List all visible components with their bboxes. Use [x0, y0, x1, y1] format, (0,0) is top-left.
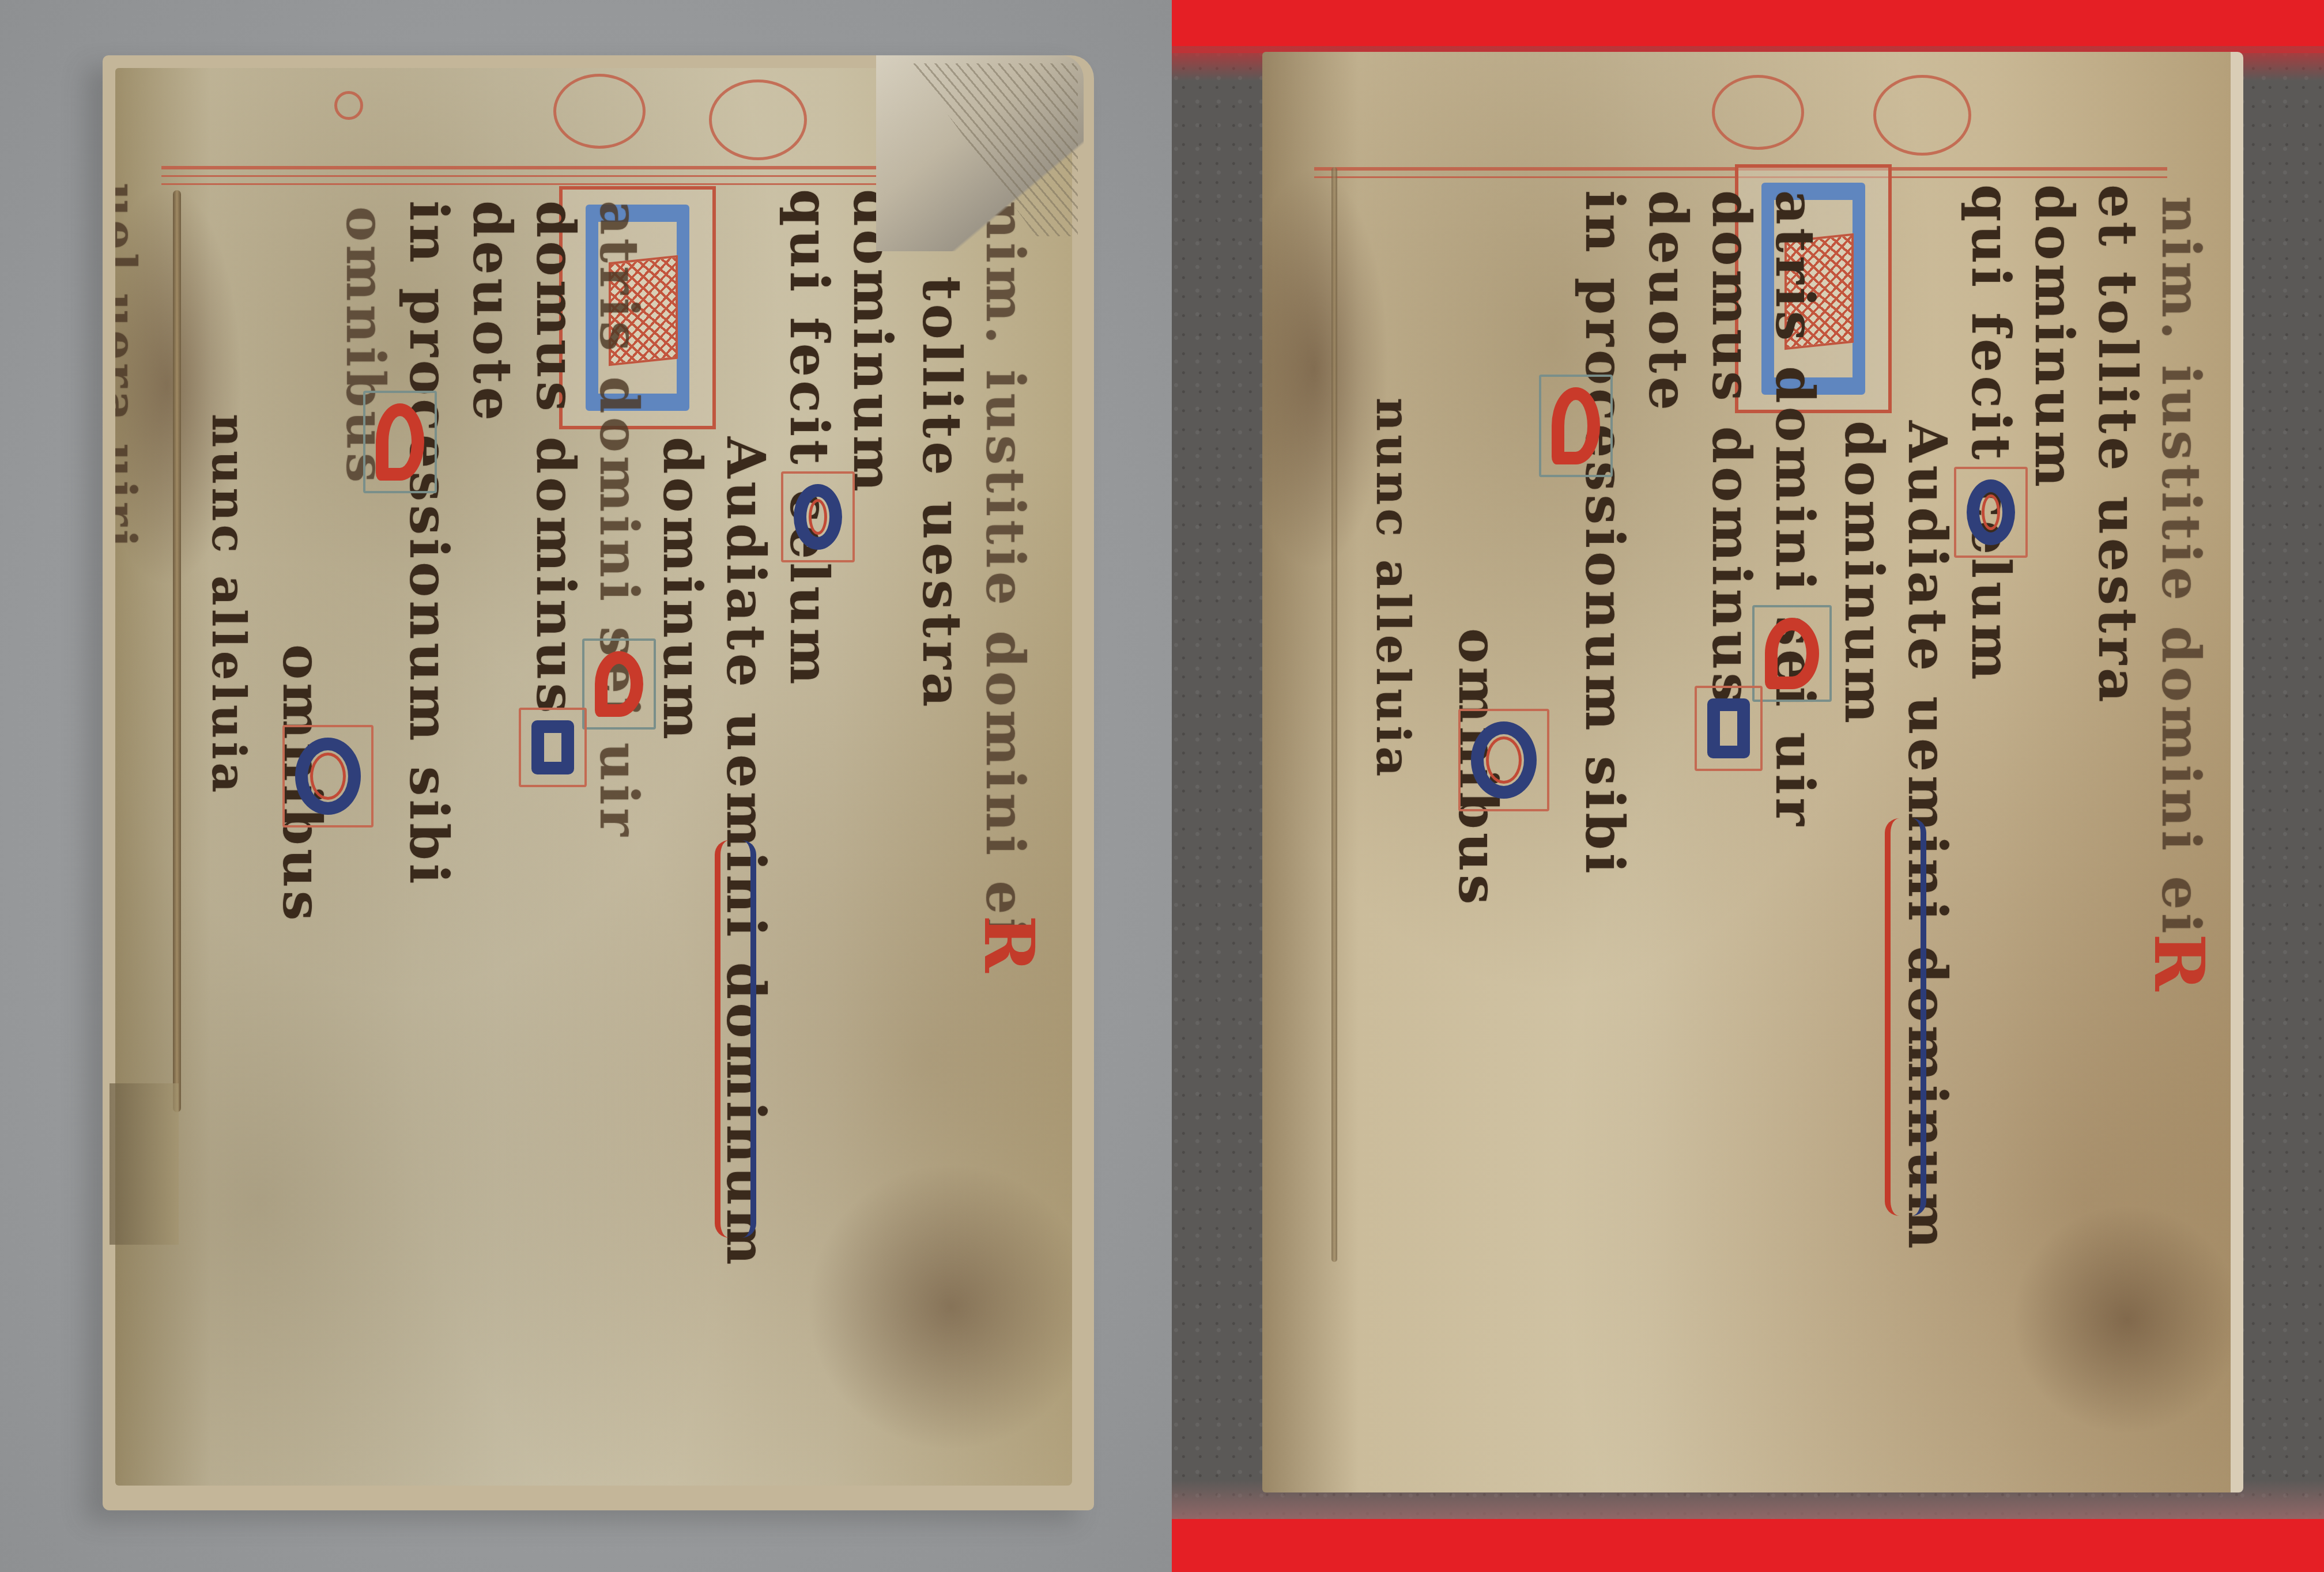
- text-column: nunc alleluia: [1366, 398, 1420, 780]
- text-column: uel uera uiri: [115, 183, 146, 550]
- initial-b: [781, 471, 855, 562]
- text-column: atris domini sei uir: [588, 201, 650, 840]
- stain: [807, 1163, 1072, 1451]
- text-column: deuote: [1637, 190, 1699, 414]
- initial-i: [519, 708, 587, 787]
- manuscript-page-mounted: nim. iustitie domini ei et tollite uestr…: [1262, 52, 2243, 1492]
- flourish: [709, 80, 807, 160]
- manuscript-page: nim. iustitie domini ei et tollite uestr…: [115, 68, 1072, 1486]
- text-column: et tollite uestra: [2087, 184, 2149, 706]
- text-column: dominum: [2023, 184, 2085, 490]
- initial-q: [363, 391, 437, 493]
- penwork-line-filler: [1885, 818, 1925, 1216]
- binding-strip: [110, 1083, 179, 1245]
- initial-q: [282, 725, 373, 827]
- spine-thread: [1331, 167, 1337, 1262]
- border-rule: [161, 175, 968, 177]
- text-column: et tollite uestra: [911, 189, 973, 711]
- penwork-line-filler: [715, 840, 755, 1238]
- red-band-top: [1172, 0, 2324, 53]
- border-rule: [161, 183, 968, 185]
- initial-i: [1695, 686, 1763, 771]
- red-band-bottom: [1172, 1519, 2324, 1572]
- initial-q: [1752, 605, 1832, 702]
- stain: [2012, 1204, 2242, 1435]
- left-photo: nim. iustitie domini ei et tollite uestr…: [0, 0, 1172, 1572]
- initial-q: [1539, 375, 1613, 477]
- border-rule: [161, 166, 968, 169]
- initial-q: [1458, 709, 1549, 811]
- text-column: dominum: [1833, 421, 1895, 727]
- text-column: atris domini sei uir: [1764, 190, 1826, 829]
- text-column: qui fecit celum: [778, 189, 840, 688]
- text-column: nim. iustitie domini ei: [974, 201, 1036, 942]
- text-column: in processionum sibi: [1574, 190, 1636, 877]
- text-column: in processionum sibi: [398, 201, 460, 887]
- flourish: [553, 74, 646, 149]
- text-column: dominum: [651, 437, 714, 743]
- spine-thread: [173, 190, 181, 1112]
- initial-q: [582, 638, 656, 730]
- flourish: [334, 91, 363, 120]
- flourish: [1712, 75, 1804, 150]
- text-column: nunc alleluia: [202, 414, 256, 796]
- text-column: deuote: [461, 201, 523, 424]
- text-column: qui fecit celum: [1960, 184, 2022, 683]
- rubric-response: R: [2138, 934, 2220, 991]
- rubric-response: R: [968, 915, 1050, 973]
- text-column: domus dominus: [525, 201, 587, 716]
- flourish: [1873, 75, 1971, 156]
- initial-b: [1954, 467, 2028, 558]
- text-column: nim. iustitie domini ei: [2150, 196, 2212, 937]
